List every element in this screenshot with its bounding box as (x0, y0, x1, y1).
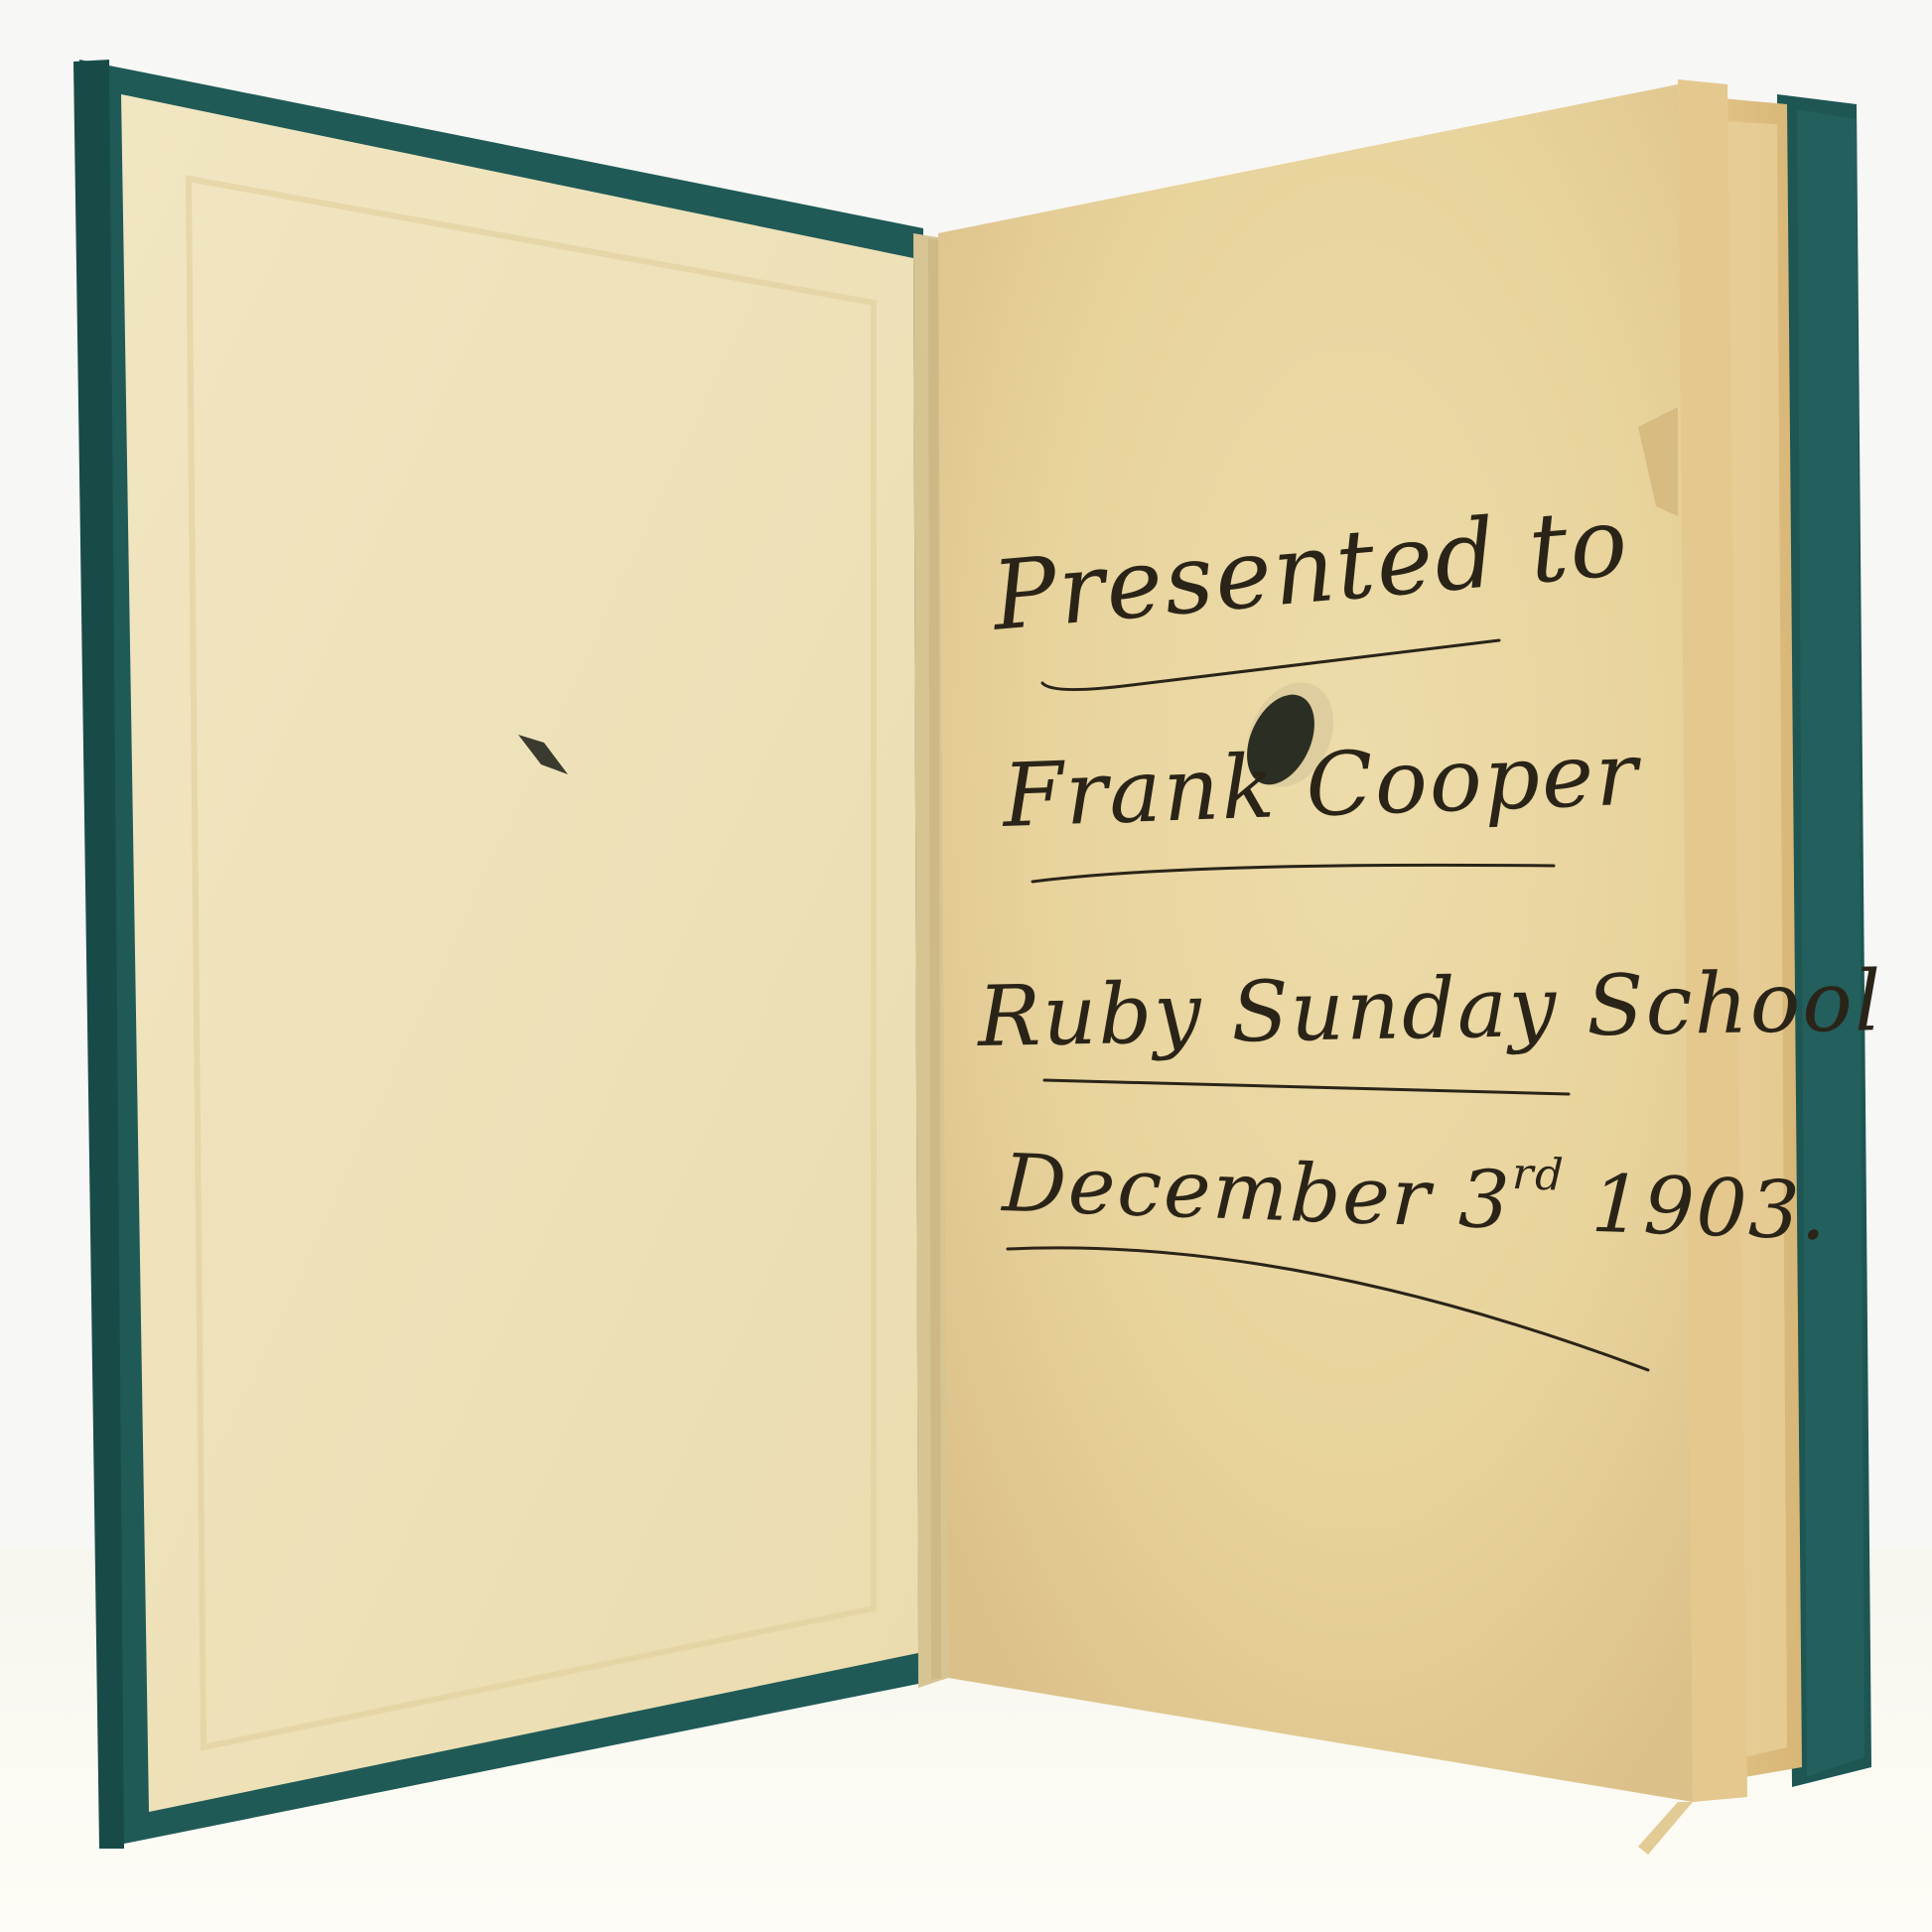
inscription-school-name: Ruby Sunday School (977, 952, 1883, 1065)
page-block (1678, 79, 1802, 1802)
book-photo-scene: Presented to Frank Cooper Ruby Sunday Sc… (0, 0, 1932, 1932)
inscription-date-month-day: December 3 (1001, 1137, 1513, 1247)
inscription-date-year: 1903. (1589, 1158, 1830, 1258)
pastedown-endpaper (121, 94, 918, 1812)
inscription-date-ordinal: rd (1511, 1149, 1566, 1201)
